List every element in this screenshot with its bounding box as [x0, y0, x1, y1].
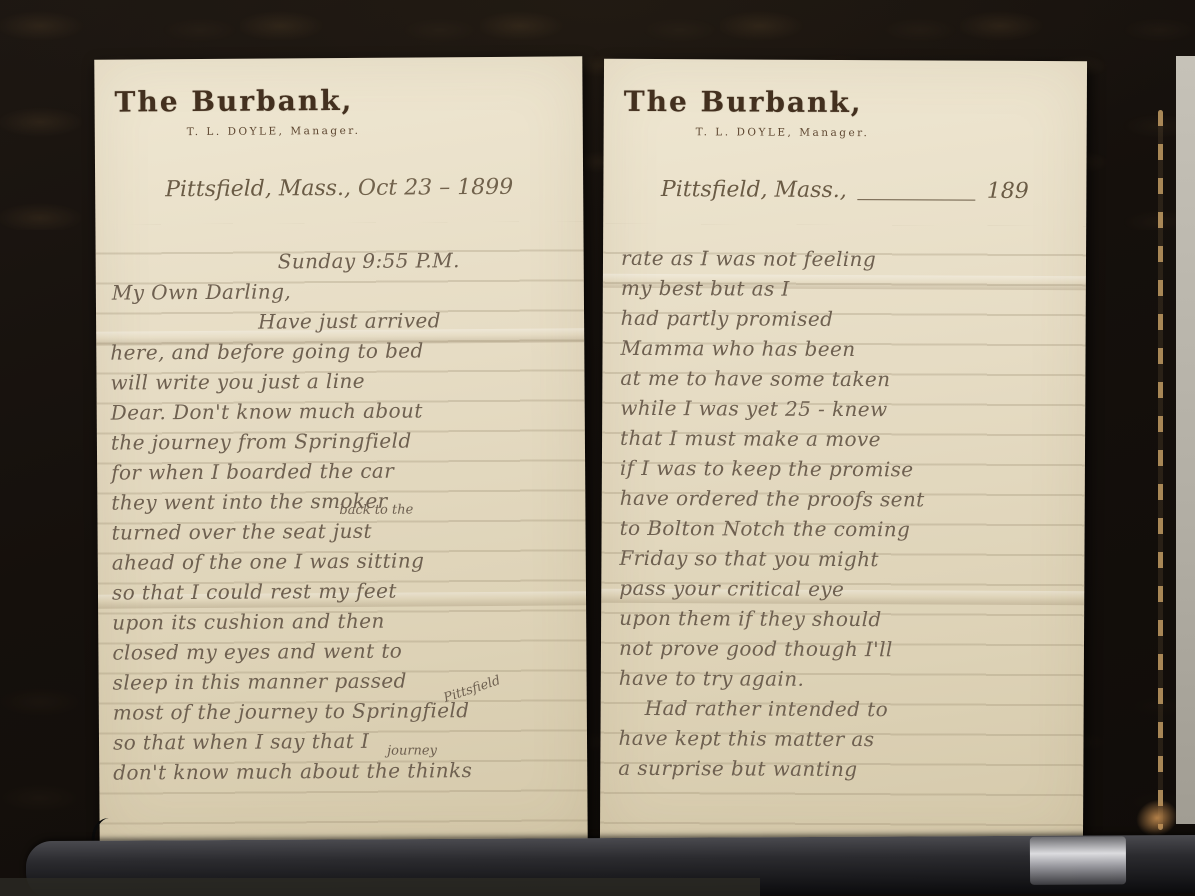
handwriting-line: sleep in this manner passed	[113, 664, 583, 697]
handwriting-line: that I must make a move	[620, 423, 1081, 455]
handwriting-line: will write you just a line	[110, 364, 580, 397]
handwriting-line: if I was to keep the promise	[620, 453, 1081, 485]
handwriting-line: had partly promised	[621, 303, 1082, 335]
handwriting-line: my best but as I	[621, 273, 1082, 305]
handwriting-line: upon its cushion and then	[112, 604, 582, 637]
handwriting-line: a surprise but wanting	[618, 753, 1079, 785]
handwriting-line: Friday so that you might	[619, 543, 1080, 575]
letterhead: The Burbank, T. L. DOYLE, Manager.	[114, 84, 360, 139]
dateline-printed: Pittsfield, Mass.,	[165, 176, 351, 202]
dateline: Pittsfield, Mass., 189	[603, 177, 1086, 205]
handwriting-line: closed my eyes and went to	[112, 634, 582, 667]
handwriting-line: at me to have some taken	[620, 363, 1081, 395]
handwriting-line: the journey from Springfield	[111, 424, 581, 457]
handwriting-line: turned over the seat just	[111, 514, 581, 547]
interline-insertion: back to the	[339, 502, 413, 518]
handwriting-line: to Bolton Notch the coming	[620, 513, 1081, 545]
handwriting-line: Sunday 9:55 P.M.	[278, 244, 580, 276]
letterhead-title: The Burbank,	[114, 84, 360, 119]
handwritten-body: rate as I was not feeling my best but as…	[618, 243, 1082, 785]
interline-insertion: journey	[387, 743, 437, 758]
handwriting-line: Have just arrived	[258, 304, 580, 336]
right-letter-page: The Burbank, T. L. DOYLE, Manager. Pitts…	[600, 59, 1087, 847]
dateline-blank-rule	[858, 183, 976, 201]
handwriting-line: rate as I was not feeling	[621, 243, 1082, 275]
handwriting-line: have ordered the proofs sent	[620, 483, 1081, 515]
handwriting-line: here, and before going to bed	[110, 334, 580, 367]
dateline-printed: Pittsfield, Mass.,	[661, 177, 847, 203]
dateline: Pittsfield, Mass., Oct 23 – 1899	[95, 174, 583, 202]
photo-background: The Burbank, T. L. DOYLE, Manager. Pitts…	[0, 0, 1195, 896]
handwriting-line: have to try again.	[619, 663, 1080, 695]
handwriting-line: Mamma who has been	[620, 333, 1081, 365]
left-letter-page: The Burbank, T. L. DOYLE, Manager. Pitts…	[94, 56, 587, 846]
handwriting-line: have kept this matter as	[618, 723, 1079, 755]
handwriting-line: upon them if they should	[619, 603, 1080, 635]
letterhead-title: The Burbank,	[624, 85, 870, 119]
cover-edge-wear	[1158, 110, 1163, 830]
handwriting-line: Dear. Don't know much about	[111, 394, 581, 427]
handwriting-line: while I was yet 25 - knew	[620, 393, 1081, 425]
wall-strip	[1176, 56, 1195, 824]
handwriting-line: ahead of the one I was sitting	[112, 544, 582, 577]
handwriting-line: so that when I say that I	[113, 724, 583, 757]
letterhead-manager-line: T. L. DOYLE, Manager.	[187, 125, 361, 138]
handwriting-line: for when I boarded the car	[111, 454, 581, 487]
handwriting-line: so that I could rest my feet	[112, 574, 582, 607]
letterhead-manager-line: T. L. DOYLE, Manager.	[696, 126, 870, 139]
letterhead: The Burbank, T. L. DOYLE, Manager.	[624, 85, 870, 139]
dateline-year-prefix: 189	[987, 179, 1029, 204]
handwriting-line: My Own Darling,	[112, 274, 580, 307]
rod-metal-sleeve	[1030, 836, 1126, 885]
surface-below-rod	[0, 878, 760, 896]
dateline-handwritten-date: Oct 23 – 1899	[358, 175, 513, 201]
handwriting-line: don't know much about the thinks	[113, 754, 583, 787]
handwriting-line: Had rather intended to	[645, 693, 1080, 725]
handwriting-line: most of the journey to Springfield	[113, 694, 583, 727]
handwriting-line: not prove good though I'll	[619, 633, 1080, 665]
handwriting-line: pass your critical eye	[619, 573, 1080, 605]
